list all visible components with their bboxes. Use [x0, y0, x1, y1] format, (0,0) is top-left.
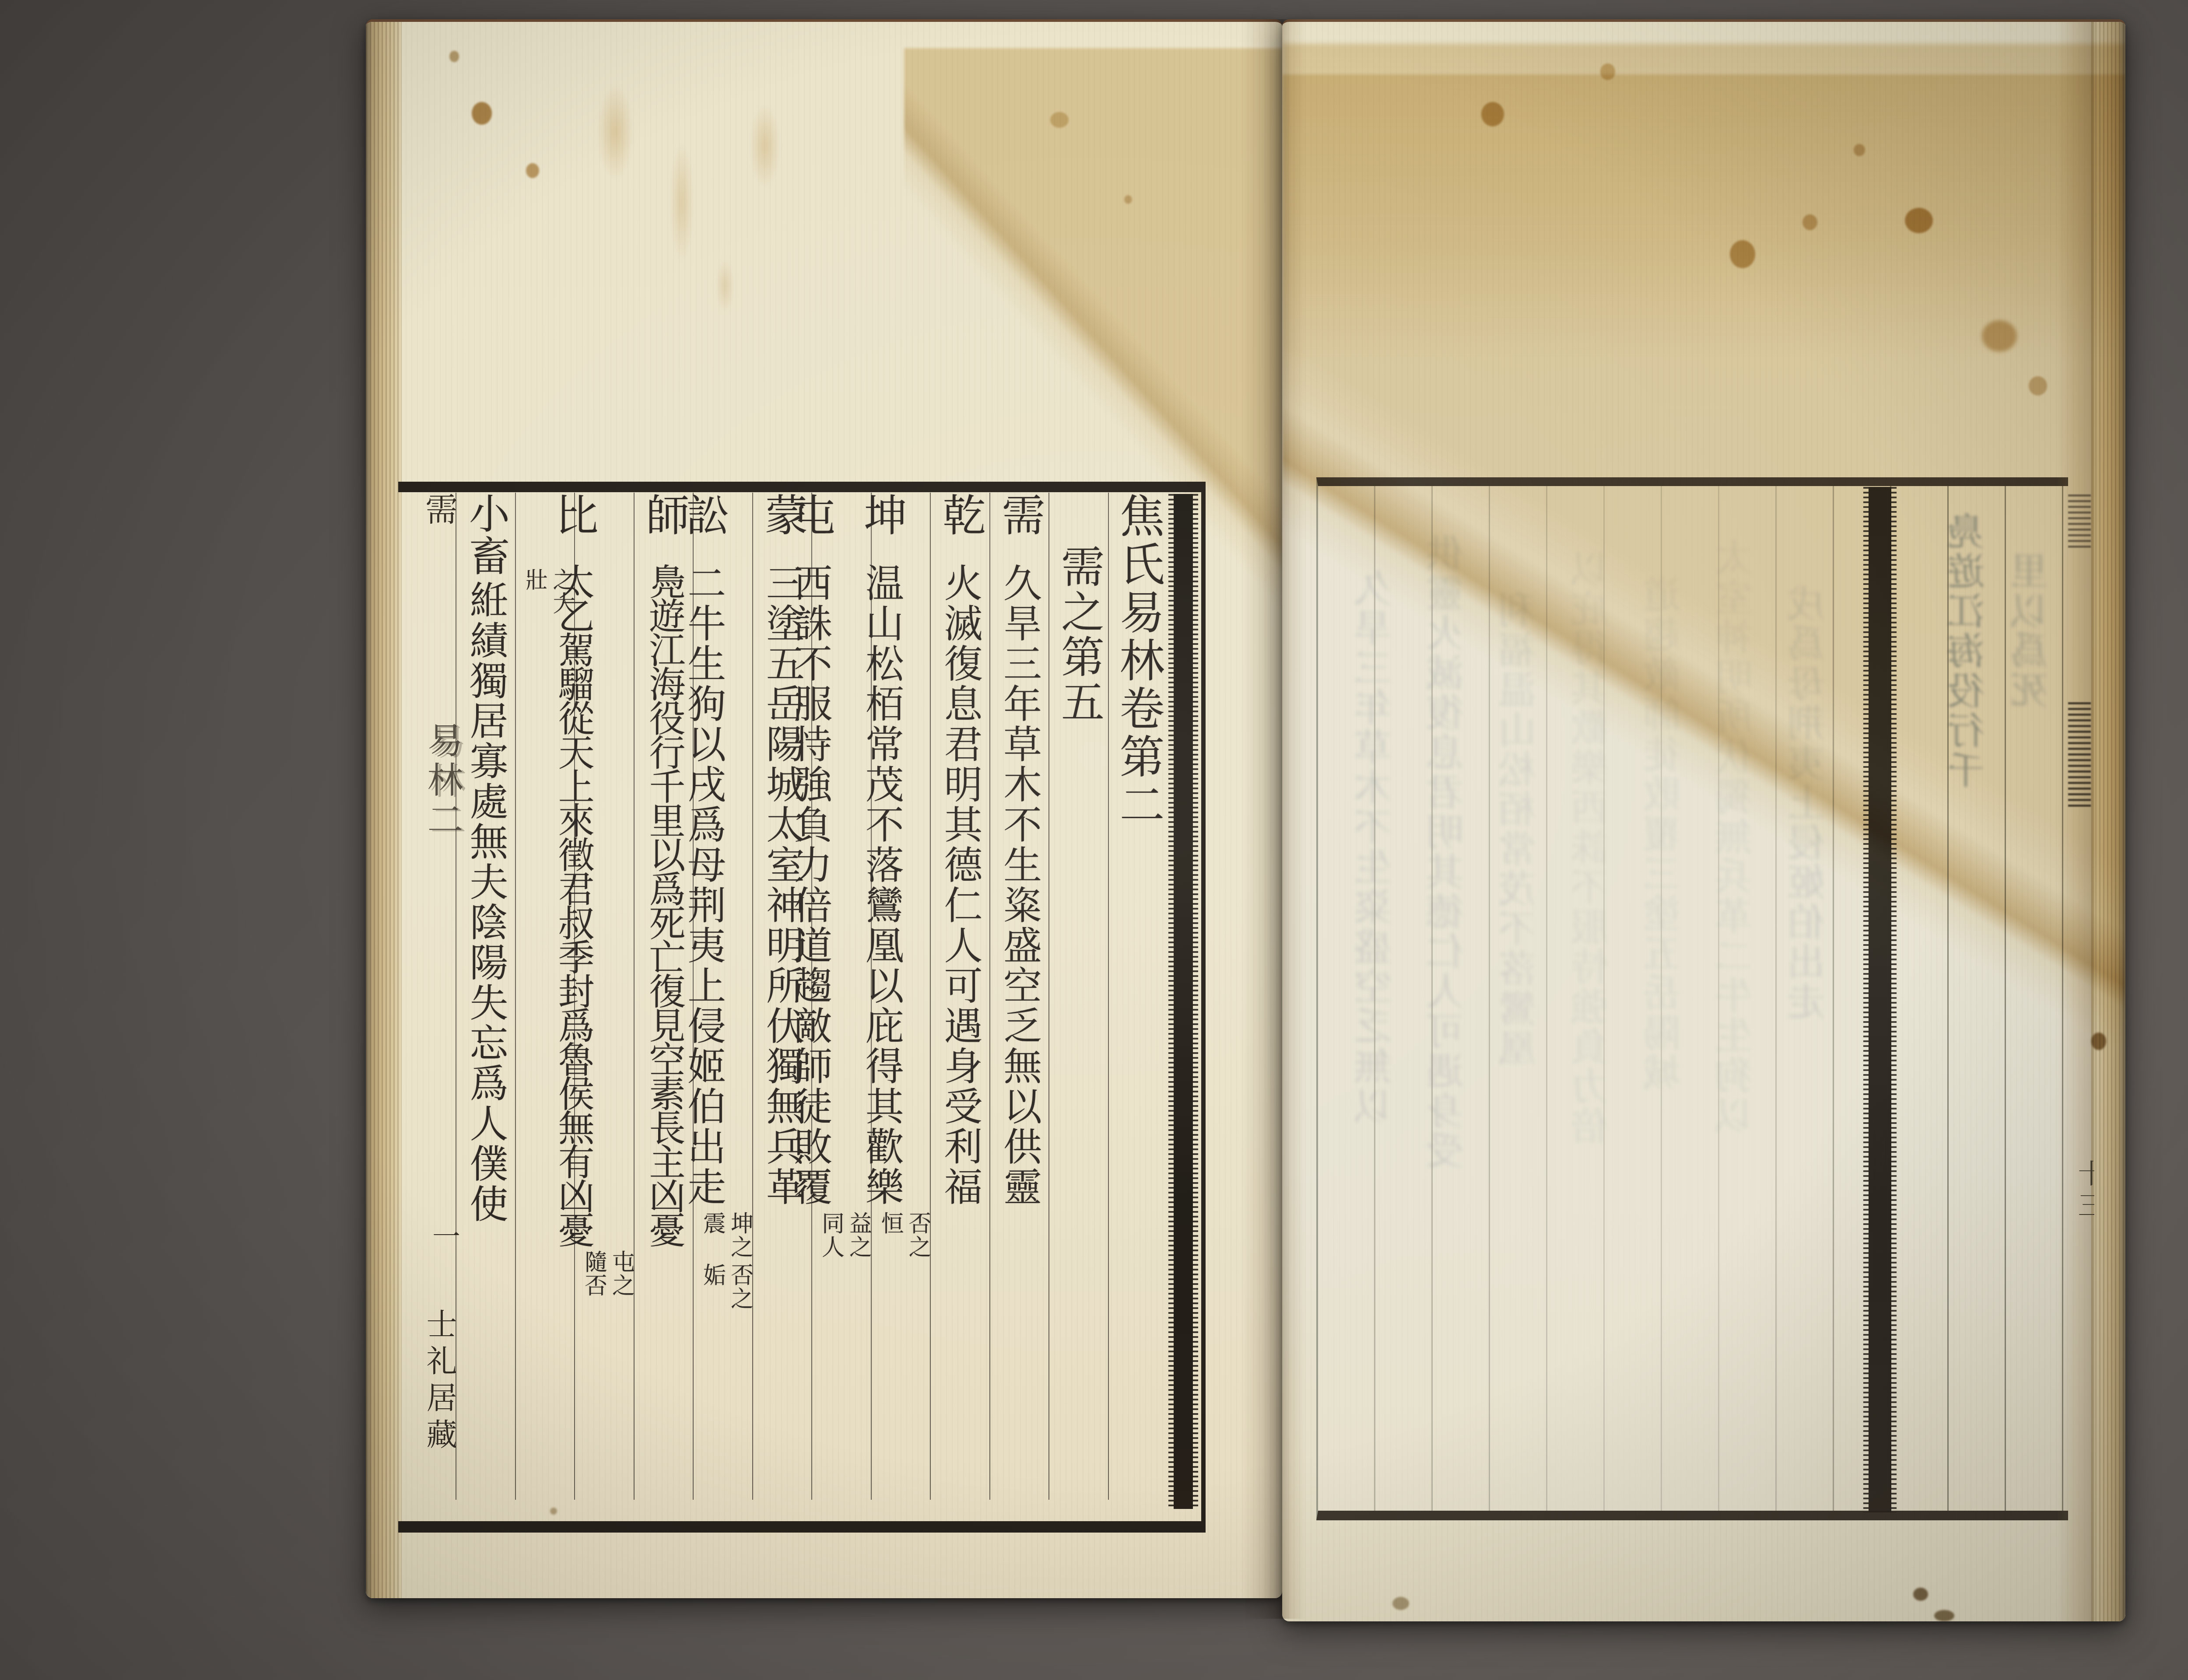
foxing-spot	[1124, 195, 1132, 204]
right-page-fore-edge	[2091, 22, 2125, 1621]
banxin-running-title: 易林二	[417, 722, 468, 840]
cross-reference-note: 之大壯	[498, 568, 574, 615]
banxin-collection-mark: 士礼居藏	[417, 1308, 462, 1455]
left-page-fore-edge	[366, 22, 402, 1598]
verse-text: 太乙駕騮從天上來徵君叔季封爲魯侯無有凶憂	[552, 563, 594, 1246]
verse-text: 火滅復息君明其德仁人可遇身受利福	[938, 563, 983, 1207]
hexagram-name: 比	[548, 493, 598, 538]
left-page: 焦氏易林卷第二 需之第五 需久旱三年草木不生粢盛空乏無以供靈乾火滅復息君明其德仁…	[366, 19, 1282, 1598]
hexagram-name: 蒙	[757, 493, 808, 538]
note-mini-column: 否之	[905, 1211, 930, 1259]
book-gutter	[1241, 19, 1322, 1619]
bleedthrough-column: 利福温山松栢常茂不落鸞凰	[1490, 591, 1551, 1068]
hexagram-entry-column: 坤温山松栢常茂不落鸞凰以庇得其歡樂否之恒	[871, 493, 930, 1500]
left-text-frame	[398, 482, 1206, 1533]
volume-title: 焦氏易林卷第二	[1112, 493, 1164, 829]
verse-text: 三塗五岳陽城太室神明所伏獨無兵革	[760, 563, 805, 1207]
printed-black-bar-left	[1174, 494, 1193, 1509]
bleedthrough-column: 供靈火滅復息君明其德仁人可遇身受	[1418, 534, 1479, 1171]
hexagram-entry-column: 蒙三塗五岳陽城太室神明所伏獨無兵革	[752, 493, 812, 1500]
bleedthrough-column: 以庇得其歡樂西誅不服恃強負力倍	[1562, 549, 1623, 1146]
foxing-spot	[1481, 102, 1504, 126]
column-rules	[1318, 486, 2066, 1511]
verse-text: 西誅不服恃強負力倍道趨敵師徒敗覆	[788, 563, 833, 1207]
hexagram-entry-column: 比太乙駕騮從天上來徵君叔季封爲魯侯無有凶憂屯之隨否	[574, 493, 634, 1500]
water-stain	[532, 48, 865, 328]
note-mini-column: 益之	[846, 1211, 871, 1259]
bleedthrough-column: 太室神明所伏獨無兵革二牛生狗以	[1707, 538, 1768, 1135]
photo-backdrop: 焦氏易林卷第二 需之第五 需久旱三年草木不生粢盛空乏無以供靈乾火滅復息君明其德仁…	[0, 0, 2188, 1680]
foxing-spot	[1050, 112, 1069, 128]
foxing-spot	[1905, 208, 1933, 233]
right-text-frame	[1316, 477, 2068, 1520]
foxing-spot	[1730, 240, 1755, 268]
foxing-spot	[1913, 1588, 1928, 1601]
previous-leaf-folio-number: 十三	[2070, 1159, 2094, 1222]
note-mini-column: 否之	[728, 1263, 752, 1310]
banxin-hexagram-guide: 需	[416, 493, 462, 528]
water-stain	[1282, 74, 2125, 1133]
note-mini-column: 震	[700, 1211, 725, 1259]
note-mini-column: 屯之	[609, 1250, 634, 1297]
bleedthrough-column: 道趨敵師徒敗覆三塗五岳陽城	[1634, 575, 1696, 1093]
hexagram-name: 需	[995, 493, 1045, 538]
cross-reference-note: 坤之震	[676, 1211, 752, 1259]
cross-reference-note: 屯之隨否	[533, 1250, 634, 1297]
volume-title-column: 焦氏易林卷第二	[1108, 493, 1168, 1500]
foxing-spot	[2091, 1032, 2106, 1050]
text-columns: 焦氏易林卷第二 需之第五 需久旱三年草木不生粢盛空乏無以供靈乾火滅復息君明其德仁…	[455, 493, 1167, 1500]
bleedthrough-column: 鳧遊江海役行千	[1939, 512, 2000, 791]
verse-text: 絍績獨居寡處無夫陰陽失忘爲人僕使	[464, 580, 509, 1224]
banxin-folio-number: 一	[424, 1221, 464, 1253]
hexagram-entry-column: 需久旱三年草木不生粢盛空乏無以供靈	[989, 493, 1049, 1500]
foxing-spot	[1934, 1610, 1954, 1621]
water-stain	[904, 48, 1282, 757]
column-rules-fade	[1318, 486, 2066, 1511]
cross-reference-note: 否之姤	[676, 1263, 752, 1310]
foxing-spot	[550, 1508, 557, 1515]
water-stain	[1282, 44, 2125, 359]
hexagram-name: 小畜	[463, 493, 510, 577]
section-heading-column: 需之第五	[1048, 493, 1108, 1500]
hexagram-entry-column: 乾火滅復息君明其德仁人可遇身受利福	[930, 493, 989, 1500]
foxing-spot	[1392, 1597, 1409, 1610]
bleedthrough-column: 里以爲死	[2002, 551, 2063, 710]
bleedthrough-column: 久旱三年草木不生粢盛空乏無以	[1346, 569, 1407, 1126]
foxing-spot	[1982, 320, 2017, 352]
foxing-spot	[2029, 376, 2047, 395]
open-book: 焦氏易林卷第二 需之第五 需久旱三年草木不生粢盛空乏無以供靈乾火滅復息君明其德仁…	[366, 19, 2125, 1620]
verse-text: 久旱三年草木不生粢盛空乏無以供靈	[997, 563, 1042, 1207]
fold-edge: 十三	[2057, 22, 2094, 1621]
note-mini-column: 壯	[522, 568, 547, 615]
note-continuation-column: 之大壯	[515, 493, 575, 1500]
hexagram-entry-column: 師鳧遊江海役行千里以爲死亡復見空素長主凶憂	[634, 493, 693, 1500]
hexagram-entry-column: 小畜絍績獨居寡處無夫陰陽失忘爲人僕使	[456, 493, 515, 1500]
hexagram-name: 訟	[679, 493, 729, 538]
clipped-glyph-fragment	[2068, 494, 2091, 551]
hexagram-name: 坤	[857, 493, 907, 538]
note-mini-column: 坤之	[728, 1211, 752, 1259]
hexagram-entry-column: 訟二牛生狗以戌爲母荆夷上侵姬伯出走坤之震否之姤	[693, 493, 752, 1500]
foxing-spot	[472, 102, 492, 125]
note-mini-column: 隨否	[582, 1250, 606, 1297]
note-mini-column: 恒	[878, 1211, 902, 1259]
hexagram-name: 乾	[936, 493, 986, 538]
section-heading: 需之第五	[1054, 544, 1105, 724]
hexagram-name: 師	[639, 493, 689, 538]
foxing-spot	[1854, 144, 1865, 156]
cross-reference-note: 益之同人	[770, 1211, 871, 1259]
foxing-spot	[526, 163, 539, 178]
foxing-spot	[449, 51, 459, 62]
printed-black-bar-right	[1869, 487, 1891, 1512]
note-mini-column: 之大	[550, 568, 574, 615]
cross-reference-note: 否之恒	[853, 1211, 930, 1259]
foxing-spot	[1600, 63, 1615, 80]
note-mini-column: 姤	[700, 1263, 725, 1310]
verse-text: 鳧遊江海役行千里以爲死亡復見空素長主凶憂	[643, 563, 685, 1246]
right-page: 久旱三年草木不生粢盛空乏無以供靈火滅復息君明其德仁人可遇身受利福温山松栢常茂不落…	[1282, 19, 2125, 1621]
bleedthrough-column: 戌爲母荆夷上侵姬伯出走	[1779, 584, 1840, 1022]
foxing-spot	[1802, 214, 1817, 230]
hexagram-name: 屯	[785, 493, 835, 538]
note-mini-column: 同人	[819, 1211, 843, 1259]
hexagram-entry-column: 屯西誅不服恃強負力倍道趨敵師徒敗覆益之同人	[811, 493, 871, 1500]
verse-text: 温山松栢常茂不落鸞凰以庇得其歡樂	[859, 563, 905, 1207]
verse-text: 二牛生狗以戌爲母荆夷上侵姬伯出走	[681, 563, 726, 1207]
clipped-glyph-fragment	[2068, 702, 2091, 807]
